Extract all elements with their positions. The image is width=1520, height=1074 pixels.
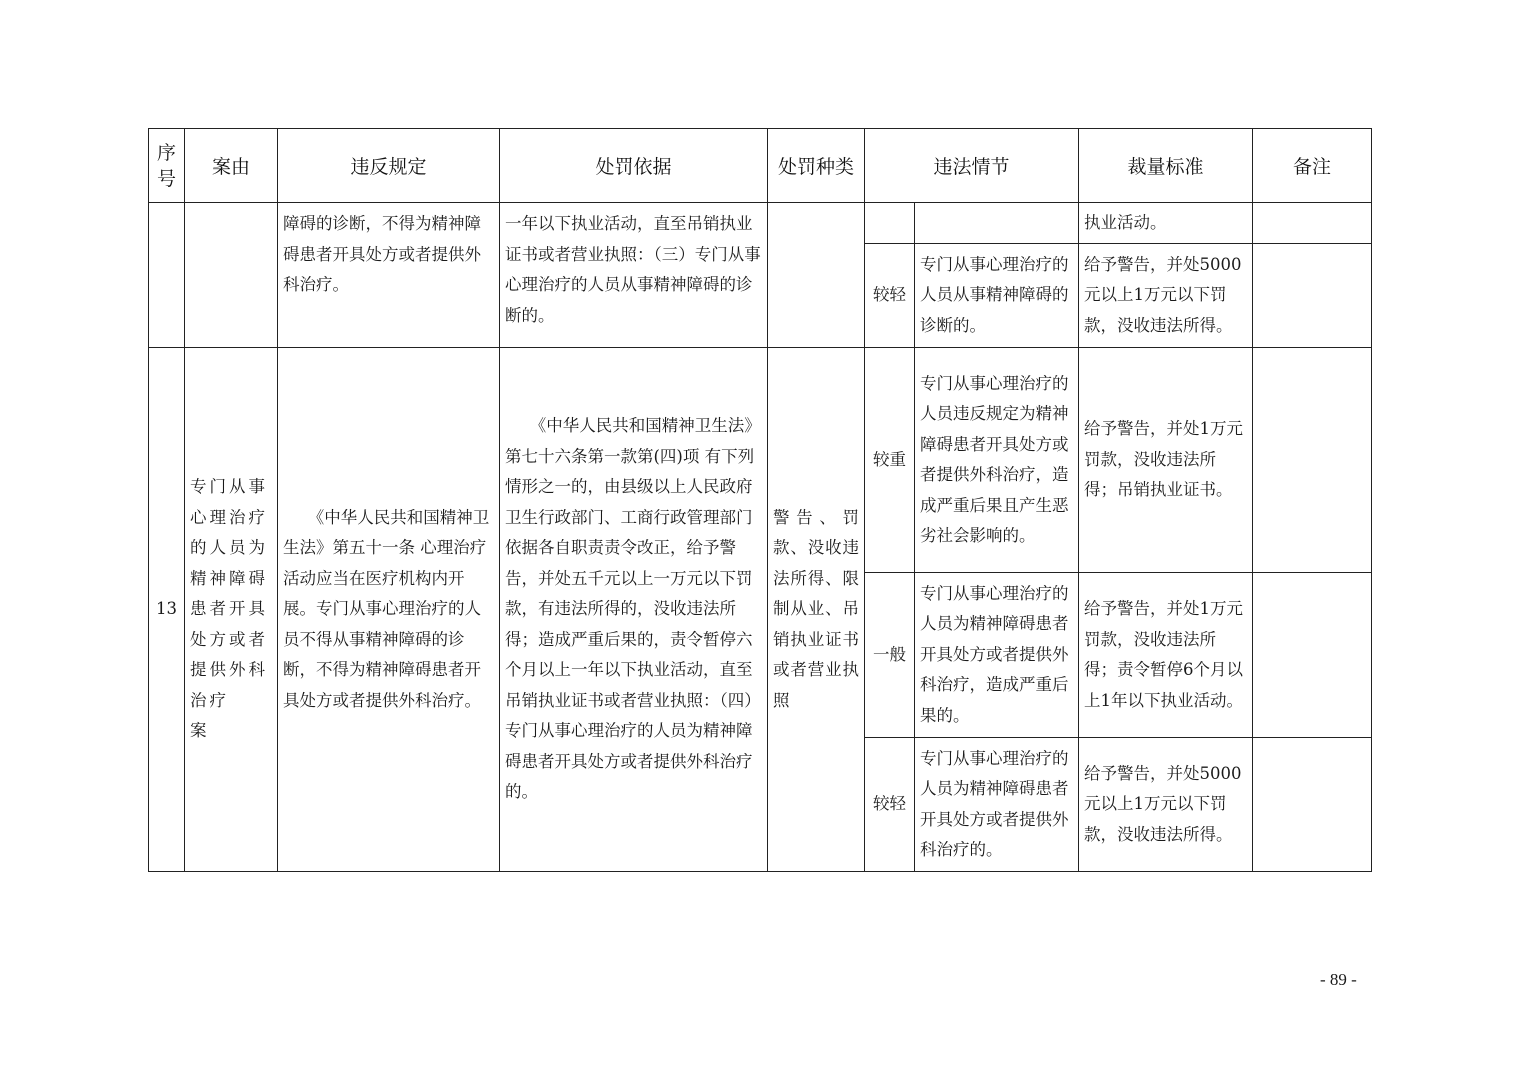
continued-cause-cell: [184, 202, 278, 348]
header-penalty-basis: 处罚依据: [499, 128, 768, 203]
row-13-note-minor: [1252, 737, 1372, 872]
continued-level-cell-2: 较轻: [864, 243, 915, 348]
row-13-penalty-basis: 《中华人民共和国精神卫生法》第七十六条第一款第(四)项 有下列情形之一的，由县级…: [499, 347, 768, 872]
row-13-standard-severe: 给予警告，并处1万元罚款，没收违法所得；吊销执业证书。: [1078, 347, 1253, 573]
row-13-note-severe: [1252, 347, 1372, 573]
header-case-cause: 案由: [184, 128, 278, 203]
row-13-level-severe: 较重: [864, 347, 915, 573]
continued-basis-cell: 一年以下执业活动，直至吊销执业证书或者营业执照：（三）专门从事心理治疗的人员从事…: [499, 202, 768, 348]
header-violated-provision: 违反规定: [277, 128, 500, 203]
header-serial-number: 序 号: [148, 128, 185, 203]
continued-circumstance-cell-1: [914, 202, 1079, 244]
continued-violation-cell: 障碍的诊断，不得为精神障碍患者开具处方或者提供外科治疗。: [277, 202, 500, 348]
row-13-level-minor: 较轻: [864, 737, 915, 872]
row-13-level-general: 一般: [864, 572, 915, 738]
continued-penalty-type-cell: [767, 202, 865, 348]
row-13-case-cause: 专门从事心理治疗的人员为精神障碍患者开具处方或者提供外科治疗 案: [184, 347, 278, 872]
row-13-circumstance-severe: 专门从事心理治疗的人员违反规定为精神障碍患者开具处方或者提供外科治疗，造成严重后…: [914, 347, 1079, 573]
continued-circumstance-cell-2: 专门从事心理治疗的人员从事精神障碍的诊断的。: [914, 243, 1079, 348]
row-13-serial-number: 13: [148, 347, 185, 872]
row-13-violated-provision: 《中华人民共和国精神卫生法》第五十一条 心理治疗活动应当在医疗机构内开展。专门从…: [277, 347, 500, 872]
row-13-note-general: [1252, 572, 1372, 738]
row-13-penalty-type: 警告、罚款、没收违法所得、限制从业、吊销执业证书或者营业执照: [767, 347, 865, 872]
row-13-standard-general: 给予警告，并处1万元罚款，没收违法所得；责令暂停6个月以上1年以下执业活动。: [1078, 572, 1253, 738]
header-discretion-standard: 裁量标准: [1078, 128, 1253, 203]
continued-note-cell-2: [1252, 243, 1372, 348]
row-13-standard-minor: 给予警告，并处5000元以上1万元以下罚款，没收违法所得。: [1078, 737, 1253, 872]
header-remarks: 备注: [1252, 128, 1372, 203]
page-number: - 89 -: [1320, 970, 1357, 990]
row-13-circumstance-general: 专门从事心理治疗的人员为精神障碍患者开具处方或者提供外科治疗，造成严重后果的。: [914, 572, 1079, 738]
continued-standard-cell-1: 执业活动。: [1078, 202, 1253, 244]
header-penalty-type: 处罚种类: [767, 128, 865, 203]
continued-note-cell-1: [1252, 202, 1372, 244]
continued-level-cell-1: [864, 202, 915, 244]
continued-standard-cell-2: 给予警告，并处5000元以上1万元以下罚款，没收违法所得。: [1078, 243, 1253, 348]
header-violation-circumstance: 违法情节: [864, 128, 1079, 203]
row-13-circumstance-minor: 专门从事心理治疗的人员为精神障碍患者开具处方或者提供外科治疗的。: [914, 737, 1079, 872]
continued-serial-cell: [148, 202, 185, 348]
